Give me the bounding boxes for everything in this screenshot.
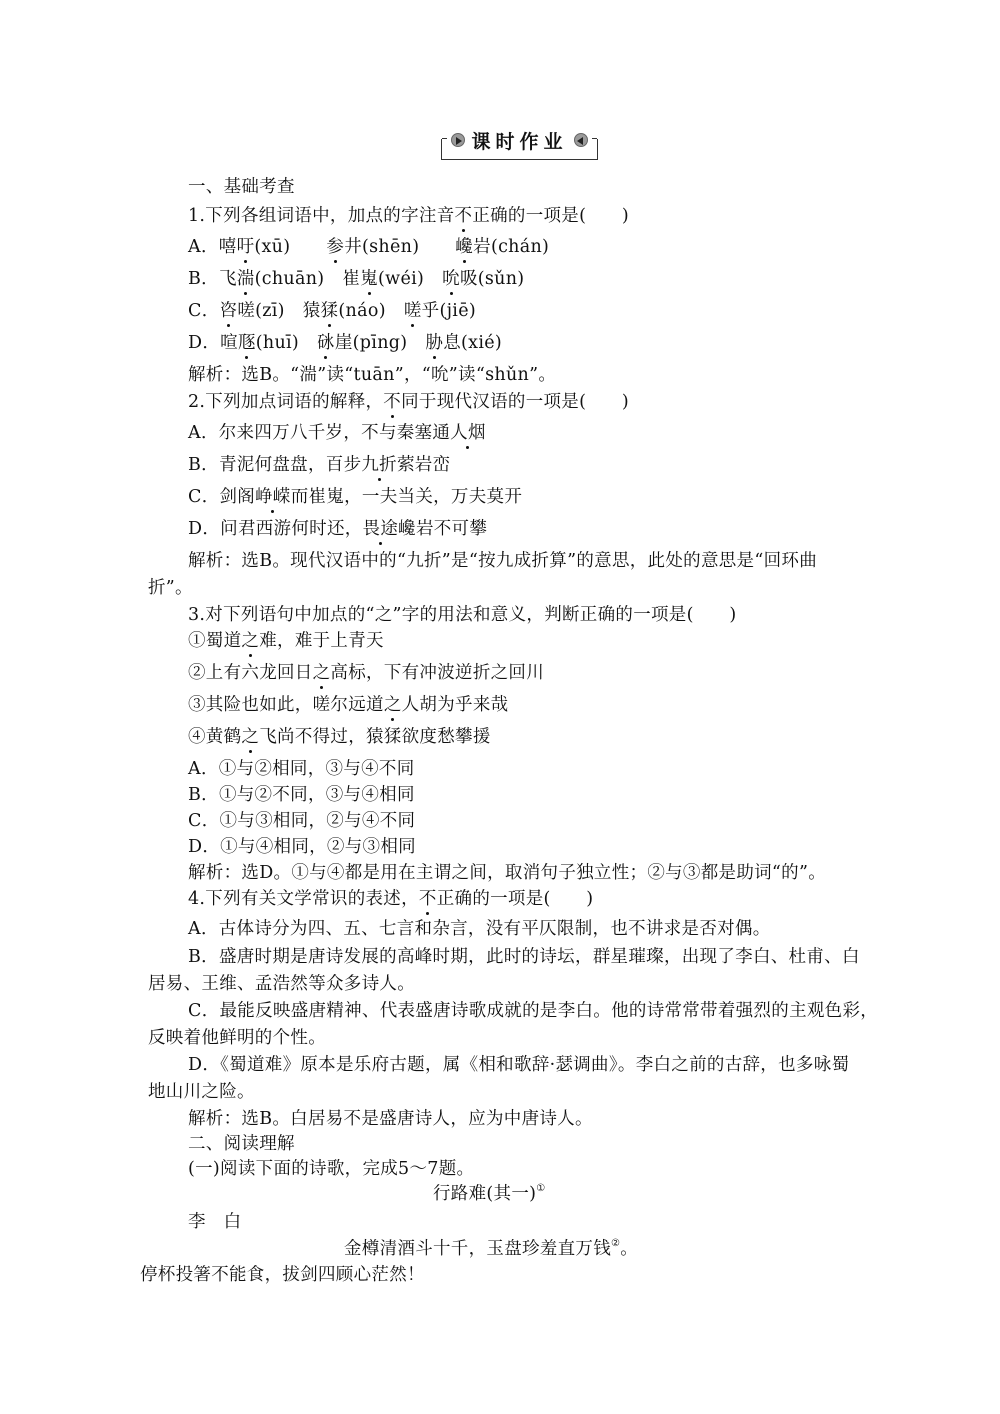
dotted-char: 豗 (238, 332, 256, 354)
question-4-option-c-line-1: C．最能反映盛唐精神、代表盛唐诗歌成就的是李白。他的诗常常带着强烈的主观色彩， (188, 1000, 878, 1022)
play-left-icon (574, 133, 588, 147)
question-2-analysis-line-1: 解析：选B。现代汉语中的“九折”是“按九成折算”的意思，此处的意思是“回环曲 (188, 550, 817, 572)
footnote-marker: ① (536, 1183, 545, 1194)
section-heading-reading: 二、阅读理解 (188, 1133, 295, 1155)
question-3-sentence-3: ③其险也如此，嗟尔远道之人胡为乎来哉 (188, 694, 508, 716)
sentence-text: ①蜀道 (188, 631, 241, 651)
question-3-option-c: C．①与③相同，②与④不同 (188, 810, 415, 832)
poem-author: 李 白 (188, 1211, 241, 1233)
poem-title-text: 行路难(其一) (433, 1184, 536, 1204)
question-4-option-b-line-1: B．盛唐时期是唐诗发展的高峰时期，此时的诗坛，群星璀璨，出现了李白、杜甫、白 (188, 946, 860, 968)
pinyin: (chuān) (255, 269, 325, 289)
question-4-stem: 4.下列有关文学常识的表述，不正确的一项是( ) (188, 888, 593, 910)
option-text: 尔来四万八千岁，不与秦塞通 (219, 423, 450, 443)
dotted-word: 九折 (361, 454, 397, 476)
option-label: D． (188, 333, 220, 353)
word: 喧 (220, 333, 238, 353)
dotted-char: 嵬 (360, 268, 378, 290)
dotted-char: 胁 (425, 332, 443, 354)
dotted-char: 不 (383, 391, 401, 413)
dotted-char: 参 (326, 236, 344, 258)
page-title: 课时作业 (471, 127, 567, 154)
dotted-char: 嗟 (404, 300, 422, 322)
dotted-char: 吁 (237, 236, 255, 258)
question-4-option-d-line-2: 地山川之险。 (148, 1081, 255, 1103)
stem-text: 正确的一项是( ) (472, 206, 629, 226)
question-2-option-a: A．尔来四万八千岁，不与秦塞通人烟 (188, 422, 486, 444)
pinyin: 嗟(zī) (237, 301, 284, 321)
page-title-box: 课时作业 (441, 127, 598, 161)
option-text: 青泥何盘盘，百步 (219, 455, 361, 475)
option-text: 巉岩不可攀 (398, 519, 487, 539)
question-2-analysis-line-2: 折”。 (148, 577, 193, 599)
reading-instructions: (一)阅读下面的诗歌，完成5～7题。 (188, 1158, 474, 1180)
dotted-char: 巉 (455, 236, 473, 258)
poem-line-1: 金樽清酒斗十千，玉盘珍羞直万钱②。 (344, 1238, 638, 1260)
pinyin: 井(shēn) (344, 237, 419, 257)
pinyin: 乎(jiē) (422, 301, 476, 321)
pinyin: 崖(pīng) (335, 333, 408, 353)
option-text: 问君西游何时还， (220, 519, 362, 539)
word: 猿 (303, 301, 321, 321)
dotted-char: 湍 (237, 268, 255, 290)
pinyin: (huī) (256, 333, 299, 353)
poem-punct: 。 (620, 1239, 638, 1259)
option-label: C． (188, 301, 220, 321)
word: 飞 (219, 269, 237, 289)
title-inner: 课时作业 (447, 127, 592, 153)
stem-text: 2.下列加点词语的解释， (188, 392, 383, 412)
stem-text: 正确的一项是( ) (437, 889, 594, 909)
question-2-stem: 2.下列加点词语的解释，不同于现代汉语的一项是( ) (188, 391, 629, 413)
option-text: 萦岩峦 (397, 455, 450, 475)
question-3-sentence-4: ④黄鹤之飞尚不得过，猿猱欲度愁攀援 (188, 726, 491, 748)
sentence-text: 难，难于上青天 (259, 631, 384, 651)
question-3-option-b: B．①与②不同，③与④相同 (188, 784, 415, 806)
poem-text: 金樽清酒斗十千，玉盘珍羞直万钱 (344, 1239, 611, 1259)
question-1-stem: 1.下列各组词语中，加点的字注音不正确的一项是( ) (188, 205, 629, 227)
pinyin: 吸(sǔn) (460, 269, 524, 289)
question-1-option-a: A．嘻吁(xū)参井(shēn)巉岩(chán) (188, 236, 549, 258)
question-1-option-c: C．咨嗟(zī)猿猱(náo)嗟乎(jiē) (188, 300, 476, 322)
dotted-char: 咨 (220, 300, 238, 322)
question-4-option-d-line-1: D．《蜀道难》原本是乐府古题，属《相和歌辞·瑟调曲》。李白之前的古辞，也多咏蜀 (188, 1054, 849, 1076)
dotted-char: 猱 (321, 300, 339, 322)
question-4-analysis: 解析：选B。白居易不是盛唐诗人，应为中唐诗人。 (188, 1108, 593, 1130)
section-heading-basic: 一、基础考查 (188, 176, 295, 198)
pinyin: (xū) (254, 237, 290, 257)
question-3-sentence-2: ②上有六龙回日之高标，下有冲波逆折之回川 (188, 662, 544, 684)
dotted-char: 之 (241, 726, 259, 748)
option-label: A． (188, 237, 219, 257)
dotted-word: 畏途 (363, 518, 399, 540)
pinyin: (wéi) (378, 269, 424, 289)
pinyin: 岩(chán) (473, 237, 549, 257)
question-3-option-d: D．①与④相同，②与③相同 (188, 836, 416, 858)
dotted-word: 人烟 (450, 422, 486, 444)
dotted-char: 之 (241, 630, 259, 652)
option-text: 剑阁 (220, 487, 256, 507)
question-4-option-c-line-2: 反映着他鲜明的个性。 (148, 1027, 326, 1049)
play-right-icon (451, 133, 465, 147)
question-4-option-a: A．古体诗分为四、五、七言和杂言，没有平仄限制，也不讲求是否对偶。 (188, 918, 771, 940)
sentence-text: ③其险也如此，嗟尔远道 (188, 695, 384, 715)
question-4-option-b-line-2: 居易、王维、孟浩然等众多诗人。 (148, 973, 415, 995)
sentence-text: 人胡为乎来哉 (402, 695, 509, 715)
pinyin: 息(xié) (443, 333, 502, 353)
question-3-analysis: 解析：选D。①与④都是用在主谓之间，取消句子独立性；②与③都是助词“的”。 (188, 862, 826, 884)
sentence-text: 高标，下有冲波逆折之回川 (330, 663, 544, 683)
option-text: 而崔嵬，一夫当关，万夫莫开 (291, 487, 522, 507)
dotted-char: 之 (384, 694, 402, 716)
question-2-option-b: B．青泥何盘盘，百步九折萦岩峦 (188, 454, 450, 476)
question-3-stem: 3.对下列语句中加点的“之”字的用法和意义，判断正确的一项是( ) (188, 604, 736, 626)
sentence-text: ④黄鹤 (188, 727, 241, 747)
dotted-word: 峥嵘 (255, 486, 291, 508)
question-3-sentence-1: ①蜀道之难，难于上青天 (188, 630, 384, 652)
question-1-analysis: 解析：选B。“湍”读“tuān”，“吮”读“shǔn”。 (188, 364, 556, 386)
dotted-char: 不 (455, 205, 473, 227)
word: 崔 (342, 269, 360, 289)
option-label: C． (188, 487, 220, 507)
option-label: A． (188, 423, 219, 443)
dotted-char: 之 (313, 662, 331, 684)
dotted-char: 吮 (442, 268, 460, 290)
option-label: B． (188, 269, 219, 289)
poem-title: 行路难(其一)① (433, 1183, 546, 1205)
footnote-marker: ② (611, 1238, 620, 1249)
word: 嘻 (219, 237, 237, 257)
question-2-option-d: D．问君西游何时还，畏途巉岩不可攀 (188, 518, 487, 540)
option-label: B． (188, 455, 219, 475)
dotted-char: 砯 (317, 332, 335, 354)
question-2-option-c: C．剑阁峥嵘而崔嵬，一夫当关，万夫莫开 (188, 486, 522, 508)
poem-line-2: 停杯投箸不能食，拔剑四顾心茫然！ (140, 1264, 425, 1286)
stem-text: 1.下列各组词语中，加点的字注音 (188, 206, 455, 226)
stem-text: 4.下列有关文学常识的表述， (188, 889, 419, 909)
question-1-option-b: B．飞湍(chuān)崔嵬(wéi)吮吸(sǔn) (188, 268, 524, 290)
pinyin: (náo) (338, 301, 385, 321)
sentence-text: 飞尚不得过，猿猱欲度愁攀援 (259, 727, 490, 747)
question-1-option-d: D．喧豗(huī)砯崖(pīng)胁息(xié) (188, 332, 502, 354)
dotted-char: 不 (419, 888, 437, 910)
stem-text: 同于现代汉语的一项是( ) (401, 392, 629, 412)
question-3-option-a: A．①与②相同，③与④不同 (188, 758, 415, 780)
option-label: D． (188, 519, 220, 539)
sentence-text: ②上有六龙回日 (188, 663, 313, 683)
